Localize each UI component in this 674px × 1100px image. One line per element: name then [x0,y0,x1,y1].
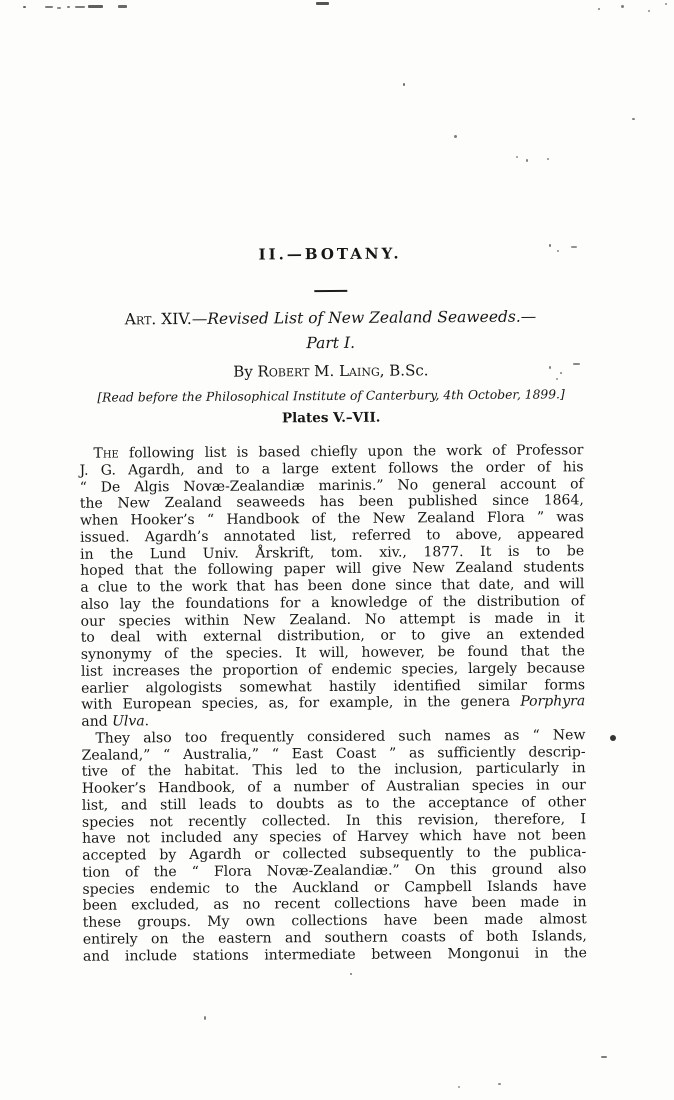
ink-speck [498,1083,501,1085]
ink-speck [458,1086,460,1088]
article-title-part: Part I. [79,332,583,355]
section-heading: II.—BOTANY. [78,243,582,265]
article-title-line: Art. XIV.—Revised List of New Zealand Se… [78,307,582,330]
ink-speck [23,6,26,8]
scanned-page: II.—BOTANY. Art. XIV.—Revised List of Ne… [0,0,674,1100]
ink-speck [526,159,528,162]
text-line: and include stations intermediate betwee… [83,945,587,965]
byline-suffix: , B.Sc. [380,361,429,379]
scan-mark [67,6,70,8]
scan-mark [118,5,127,8]
paragraph: The following list is based chiefly upon… [79,442,585,730]
ink-speck [350,973,352,975]
plates-caption: Plates V.–VII. [79,409,583,428]
ink-speck [632,118,635,120]
article-column: II.—BOTANY. Art. XIV.—Revised List of Ne… [78,243,587,965]
text-line: with European species, as, for example, … [81,693,585,713]
presentation-note: [Read before the Philosophical Institute… [79,387,583,406]
scan-mark [57,7,61,9]
scan-mark [75,6,85,8]
scan-mark [316,2,329,5]
paragraph: They also too frequently considered such… [81,727,587,965]
scan-mark [601,1056,607,1058]
ink-speck [454,135,457,138]
ink-blot [610,735,616,741]
ink-speck [665,3,667,5]
article-number-label: Art. XIV.— [125,310,208,329]
article-body: The following list is based chiefly upon… [79,442,587,965]
ink-speck [516,156,518,158]
section-divider-rule [314,290,347,292]
scan-mark [45,6,53,8]
byline-prefix: By [233,363,257,381]
author-name: Robert M. Laing [257,362,379,381]
scan-mark [88,5,103,8]
ink-speck [547,158,549,160]
ink-speck [648,10,650,12]
article-title: Revised List of New Zealand Seaweeds.— [207,308,536,328]
ink-speck [598,8,600,10]
ink-speck [621,5,624,8]
byline: By Robert M. Laing, B.Sc. [79,360,583,383]
ink-speck [403,83,405,86]
ink-speck [204,1016,206,1020]
